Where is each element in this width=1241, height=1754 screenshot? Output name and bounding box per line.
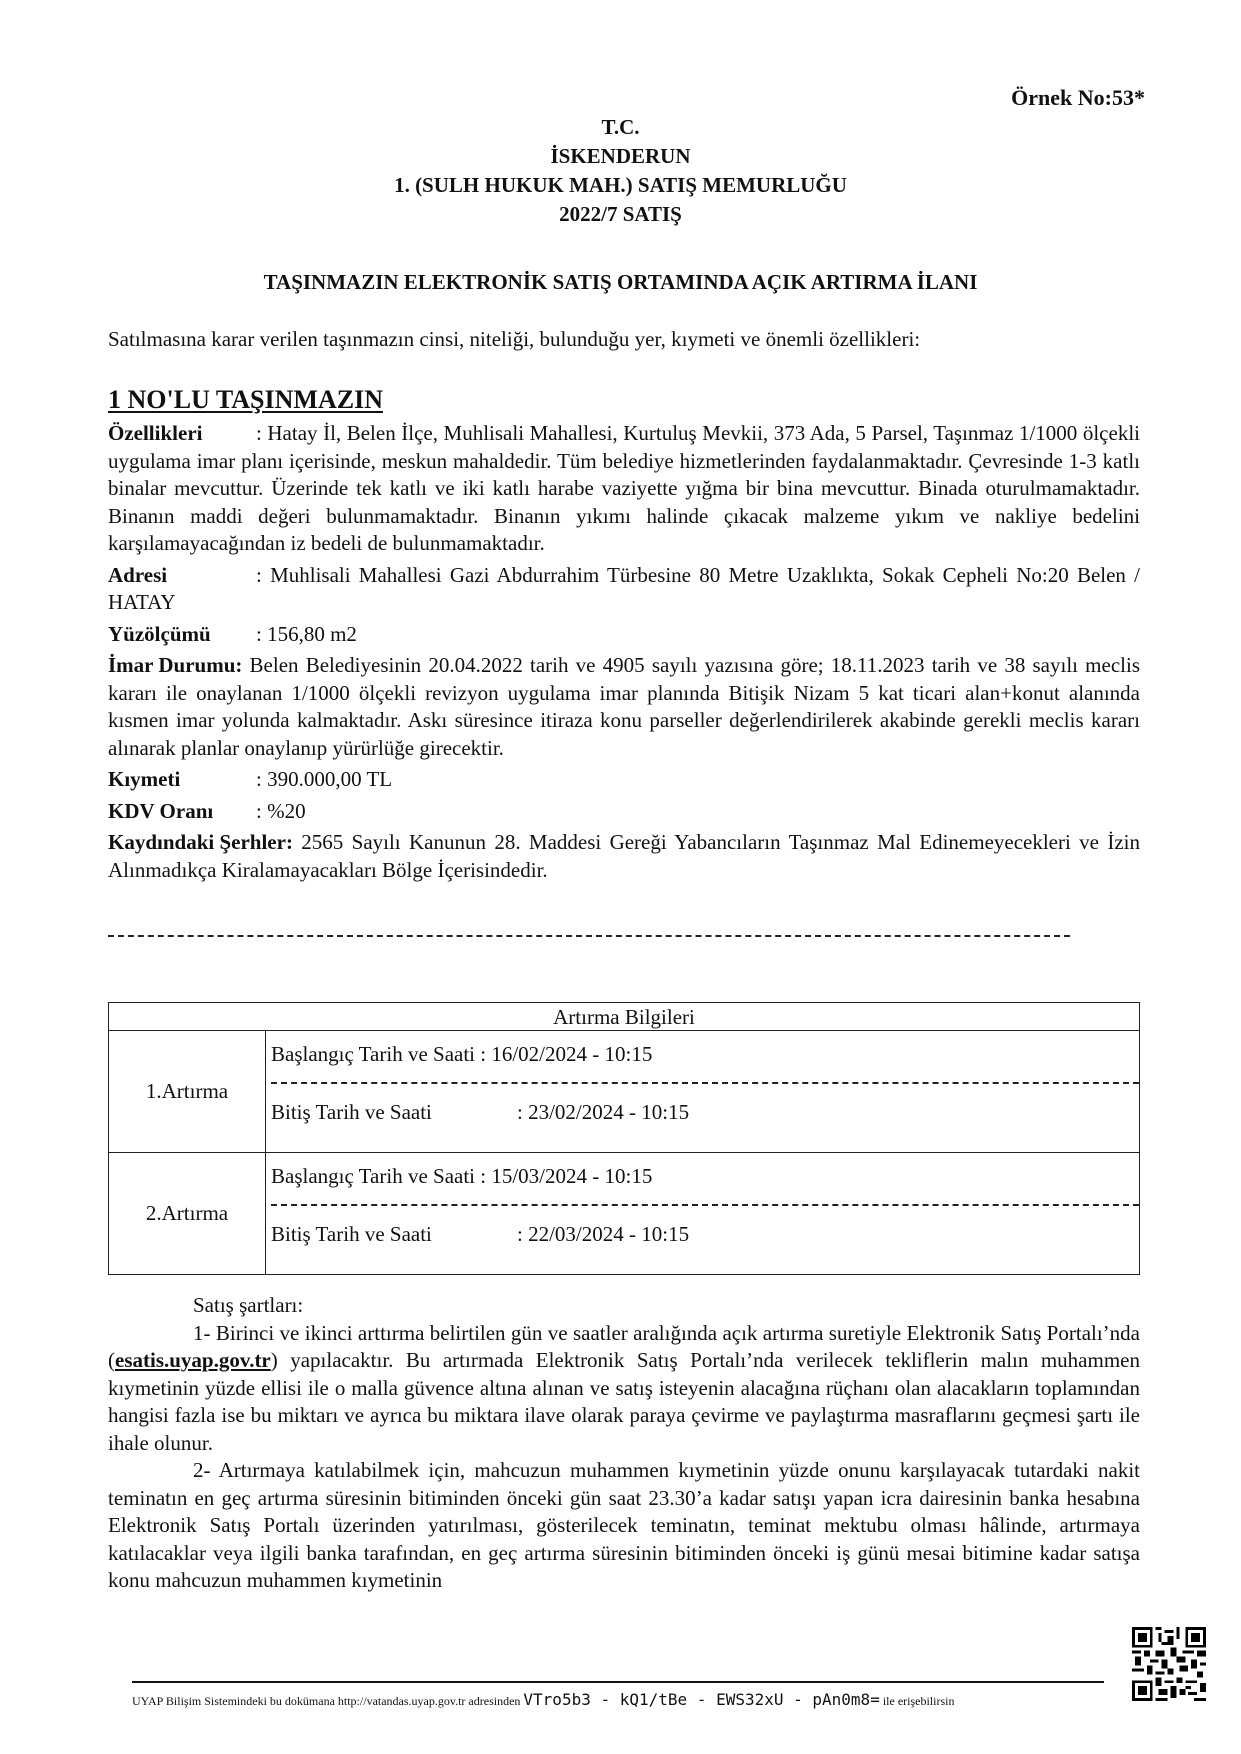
- end-date-line: Bitiş Tarih ve Saati: 22/03/2024 - 10:15: [271, 1215, 1139, 1253]
- zoning-row: İmar Durumu: Belen Belediyesinin 20.04.2…: [108, 652, 1140, 762]
- conditions-heading: Satış şartları:: [108, 1292, 1140, 1320]
- value-value: : 390.000,00 TL: [256, 767, 392, 791]
- address-label: Adresi: [108, 562, 256, 590]
- header-city: İSKENDERUN: [0, 142, 1241, 171]
- table-row: 1.Artırma Başlangıç Tarih ve Saati : 16/…: [109, 1031, 1140, 1153]
- auction-table-title: Artırma Bilgileri: [109, 1003, 1140, 1031]
- zoning-value: Belen Belediyesinin 20.04.2022 tarih ve …: [108, 653, 1140, 760]
- property-details: Özellikleri: Hatay İl, Belen İlçe, Muhli…: [108, 420, 1140, 888]
- footer-divider: [132, 1681, 1104, 1683]
- document-header: T.C. İSKENDERUN 1. (SULH HUKUK MAH.) SAT…: [0, 113, 1241, 229]
- annotations-label: Kaydındaki Şerhler:: [108, 829, 293, 857]
- vat-row: KDV Oranı: %20: [108, 798, 1140, 826]
- date-divider: [271, 1082, 1139, 1084]
- end-value: : 22/03/2024 - 10:15: [517, 1222, 689, 1246]
- esatis-link[interactable]: esatis.uyap.gov.tr: [115, 1348, 271, 1372]
- address-row: Adresi: Muhlisali Mahallesi Gazi Abdurra…: [108, 562, 1140, 617]
- annotations-row: Kaydındaki Şerhler: 2565 Sayılı Kanunun …: [108, 829, 1140, 884]
- round-name: 2.Artırma: [109, 1153, 266, 1275]
- start-date-line: Başlangıç Tarih ve Saati : 15/03/2024 - …: [271, 1157, 1139, 1195]
- sale-conditions: Satış şartları: 1- Birinci ve ikinci art…: [108, 1292, 1140, 1595]
- vat-label: KDV Oranı: [108, 798, 256, 826]
- start-label: Başlangıç Tarih ve Saati: [271, 1164, 475, 1188]
- area-row: Yüzölçümü: 156,80 m2: [108, 621, 1140, 649]
- end-label: Bitiş Tarih ve Saati: [271, 1215, 517, 1253]
- qr-code-icon: [1132, 1627, 1206, 1701]
- section-divider: [108, 935, 1070, 937]
- sample-number: Örnek No:53*: [1011, 85, 1145, 111]
- start-value: : 15/03/2024 - 10:15: [480, 1164, 652, 1188]
- end-label: Bitiş Tarih ve Saati: [271, 1093, 517, 1131]
- area-label: Yüzölçümü: [108, 621, 256, 649]
- end-date-line: Bitiş Tarih ve Saati: 23/02/2024 - 10:15: [271, 1093, 1139, 1131]
- verification-code: VTro5b3 - kQ1/tBe - EWS32xU - pAn0m8=: [523, 1690, 879, 1709]
- footer-prefix: UYAP Bilişim Sistemindeki bu dokümana ht…: [132, 1694, 520, 1708]
- table-row: 2.Artırma Başlangıç Tarih ve Saati : 15/…: [109, 1153, 1140, 1275]
- round-dates: Başlangıç Tarih ve Saati : 16/02/2024 - …: [266, 1031, 1140, 1153]
- intro-text: Satılmasına karar verilen taşınmazın cin…: [108, 327, 920, 352]
- start-value: : 16/02/2024 - 10:15: [480, 1042, 652, 1066]
- footer-verification-text: UYAP Bilişim Sistemindeki bu dokümana ht…: [132, 1690, 954, 1709]
- header-file-no: 2022/7 SATIŞ: [0, 200, 1241, 229]
- condition-item-1: 1- Birinci ve ikinci arttırma belirtilen…: [108, 1320, 1140, 1458]
- end-value: : 23/02/2024 - 10:15: [517, 1100, 689, 1124]
- start-label: Başlangıç Tarih ve Saati: [271, 1042, 475, 1066]
- address-value: : Muhlisali Mahallesi Gazi Abdurrahim Tü…: [108, 563, 1140, 615]
- property-heading: 1 NO'LU TAŞINMAZIN: [108, 385, 383, 415]
- notice-title: TAŞINMAZIN ELEKTRONİK SATIŞ ORTAMINDA AÇ…: [0, 270, 1241, 295]
- features-row: Özellikleri: Hatay İl, Belen İlçe, Muhli…: [108, 420, 1140, 558]
- round-dates: Başlangıç Tarih ve Saati : 15/03/2024 - …: [266, 1153, 1140, 1275]
- vat-value: : %20: [256, 799, 306, 823]
- footer-suffix: ile erişebilirsin: [883, 1694, 955, 1708]
- start-date-line: Başlangıç Tarih ve Saati : 16/02/2024 - …: [271, 1035, 1139, 1073]
- header-country: T.C.: [0, 113, 1241, 142]
- condition-item-2: 2- Artırmaya katılabilmek için, mahcuzun…: [108, 1457, 1140, 1595]
- zoning-label: İmar Durumu:: [108, 652, 242, 680]
- value-row: Kıymeti: 390.000,00 TL: [108, 766, 1140, 794]
- area-value: : 156,80 m2: [256, 622, 357, 646]
- features-label: Özellikleri: [108, 420, 256, 448]
- value-label: Kıymeti: [108, 766, 256, 794]
- features-value: : Hatay İl, Belen İlçe, Muhlisali Mahall…: [108, 421, 1140, 555]
- auction-info-table: Artırma Bilgileri 1.Artırma Başlangıç Ta…: [108, 1002, 1140, 1275]
- date-divider: [271, 1204, 1139, 1206]
- header-office: 1. (SULH HUKUK MAH.) SATIŞ MEMURLUĞU: [0, 171, 1241, 200]
- round-name: 1.Artırma: [109, 1031, 266, 1153]
